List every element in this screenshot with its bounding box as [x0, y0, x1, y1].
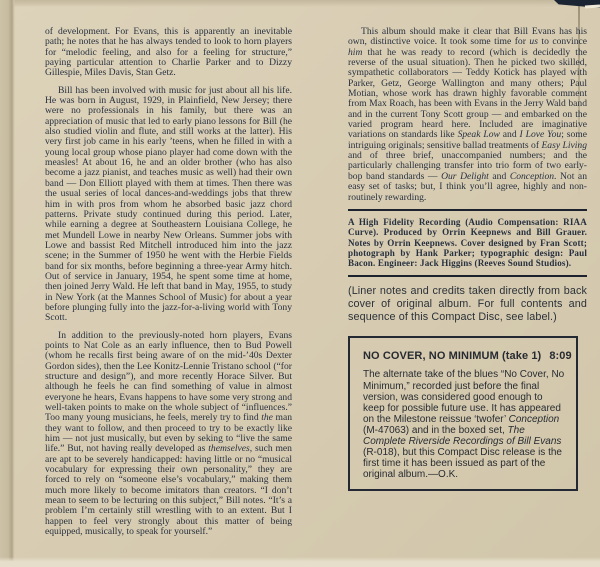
- credits-divider-bottom: [348, 275, 587, 277]
- credits-divider-top: [348, 209, 587, 211]
- credits-paragraph: A High Fidelity Recording (Audio Compens…: [348, 217, 587, 269]
- track-duration: 8:09: [541, 350, 571, 362]
- album-summary-paragraph: This album should make it clear that Bil…: [348, 27, 587, 203]
- liner-notes-page: of development. For Evans, this is appar…: [0, 0, 600, 567]
- page-top-edge-shadow: [0, 0, 600, 7]
- development-paragraph: of development. For Evans, this is appar…: [45, 27, 292, 79]
- page-bottom-edge-shadow: [0, 557, 600, 567]
- reissue-note: (Liner notes and credits taken directly …: [348, 285, 587, 325]
- influences-paragraph: In addition to the previously-noted horn…: [45, 331, 292, 538]
- biography-paragraph: Bill has been involved with music for ju…: [45, 86, 292, 324]
- track-info-box: NO COVER, NO MINIMUM (take 1) 8:09 The a…: [348, 336, 578, 491]
- right-column: This album should make it clear that Bil…: [348, 27, 587, 491]
- track-title: NO COVER, NO MINIMUM (take 1): [363, 350, 541, 362]
- track-annotation: The alternate take of the blues “No Cove…: [363, 369, 565, 480]
- track-header: NO COVER, NO MINIMUM (take 1) 8:09: [363, 350, 565, 362]
- booklet-edge-highlight: [585, 4, 600, 8]
- left-column: of development. For Evans, this is appar…: [45, 27, 292, 538]
- page-fold-crease: [0, 0, 15, 567]
